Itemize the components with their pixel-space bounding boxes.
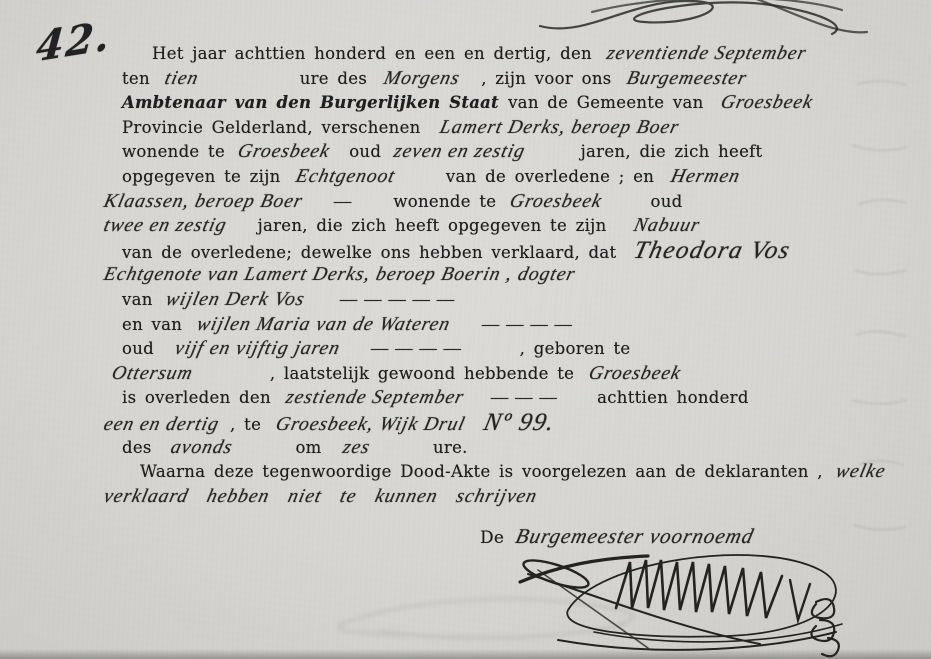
printed-text: wonende te (122, 142, 225, 161)
printed-text: ure. (433, 438, 468, 457)
handwritten-text: zes (340, 436, 373, 461)
document-line: van wijlen Derk Vos — — — — — (122, 288, 864, 313)
handwritten-text: — — — — (369, 337, 466, 362)
handwritten-text: Echtgenoot (293, 165, 397, 190)
document-line: Ottersum , laatstelijk gewoond hebbende … (112, 362, 864, 387)
printed-text: des (122, 438, 152, 457)
handwritten-text: Echtgenote van Lamert Derks, beroep Boer… (101, 263, 578, 288)
handwritten-text: — (331, 190, 355, 215)
document-line: oud vijf en vijftig jaren — — — — , gebo… (122, 337, 864, 362)
document-line: een en dertig , te Groesbeek, Wijk Drul … (104, 411, 864, 436)
record-number: 42. (34, 11, 113, 71)
signature-scrawl-icon (498, 536, 864, 658)
death-certificate-scan: 42. Het jaar achttien honderd en een en … (0, 0, 931, 659)
printed-text: oud (122, 339, 154, 358)
handwritten-text: Groesbeek (718, 91, 815, 116)
handwritten-text: Nabuur (631, 214, 702, 239)
printed-text: Ambtenaar van den Burgerlijken Staat (122, 93, 499, 112)
printed-text: om (295, 438, 321, 457)
document-line: wonende te Groesbeek oud zeven en zestig… (122, 140, 864, 165)
printed-text: van de Gemeente van (508, 93, 703, 112)
handwritten-text: Hermen (669, 165, 744, 190)
handwritten-text: — — — — (479, 313, 576, 338)
handwritten-text: Morgens (382, 67, 463, 92)
printed-text: opgegeven te zijn (122, 167, 281, 186)
handwritten-text: twee en zestig (101, 214, 229, 239)
handwritten-text: zestiende September (283, 386, 466, 411)
handwritten-text: welke (833, 460, 888, 485)
handwritten-text: zeventiende September (604, 42, 809, 67)
printed-text: ten (122, 69, 150, 88)
handwritten-text: tien (162, 67, 201, 92)
printed-text: oud (349, 142, 381, 161)
handwritten-text: Theodora Vos (631, 239, 793, 264)
document-line: twee en zestig jaren, die zich heeft opg… (104, 214, 864, 239)
printed-text: wonende te (393, 192, 496, 211)
document-line: des avonds om zes ure. (122, 436, 864, 461)
document-line: Echtgenote van Lamert Derks, beroep Boer… (104, 263, 864, 288)
document-line: Het jaar achttien honderd en een en dert… (152, 42, 864, 67)
document-line: Ambtenaar van den Burgerlijken Staat van… (122, 91, 864, 116)
document-line: Provincie Gelderland, verschenen Lamert … (122, 116, 864, 141)
document-line: ten tien ure des Morgens , zijn voor ons… (122, 67, 864, 92)
printed-text: van de overledene ; en (446, 167, 654, 186)
printed-text: Waarna deze tegenwoordige Dood-Akte is v… (140, 462, 823, 481)
printed-text: Provincie Gelderland, verschenen (122, 118, 421, 137)
handwritten-text: wijlen Maria van de Wateren (195, 313, 454, 338)
handwritten-text: — — — (488, 386, 560, 411)
printed-text: jaren, die zich heeft opgegeven te zijn (258, 216, 607, 235)
handwritten-text: Groesbeek (235, 140, 332, 165)
printed-text: Het jaar achttien honderd en een en dert… (152, 44, 592, 63)
document-body: Het jaar achttien honderd en een en dert… (122, 42, 864, 509)
printed-text: jaren, die zich heeft (581, 142, 763, 161)
handwritten-text: Groesbeek, Wijk Drul (274, 413, 468, 438)
handwritten-text: Nº 99. (482, 411, 559, 436)
document-line: Waarna deze tegenwoordige Dood-Akte is v… (140, 460, 864, 485)
handwritten-text: Klaassen, beroep Boer (101, 190, 305, 215)
handwritten-text: wijlen Derk Vos (163, 288, 307, 313)
pen-flourish-icon (532, 0, 872, 48)
handwritten-text: vijf en vijftig jaren (172, 337, 343, 362)
handwritten-text: Groesbeek (587, 362, 684, 387)
handwritten-text: Lamert Derks, beroep Boer (437, 116, 681, 141)
handwritten-text: zeven en zestig (392, 140, 529, 165)
handwritten-text: — — — — — (337, 288, 458, 313)
handwritten-text: Burgemeester (624, 67, 749, 92)
printed-text: , zijn voor ons (481, 69, 611, 88)
printed-text: is overleden den (122, 388, 271, 407)
printed-text: , geboren te (520, 339, 631, 358)
handwritten-text: Groesbeek (507, 190, 604, 215)
document-line: verklaard hebben niet te kunnen schrijve… (104, 485, 864, 510)
document-line: opgegeven te zijn Echtgenoot van de over… (122, 165, 864, 190)
printed-text: en van (122, 315, 182, 334)
printed-text: , laatstelijk gewoond hebbende te (270, 364, 574, 383)
printed-text: van de overledene; dewelke ons hebben ve… (122, 243, 617, 262)
printed-text: , te (230, 415, 261, 434)
printed-text: ure des (300, 69, 367, 88)
document-line: Klaassen, beroep Boer — wonende te Groes… (104, 190, 864, 215)
handwritten-text: verklaard hebben niet te kunnen schrijve… (101, 485, 540, 510)
printed-text: van (122, 290, 153, 309)
printed-text: oud (651, 192, 683, 211)
handwritten-text: Ottersum (109, 362, 195, 387)
document-line: en van wijlen Maria van de Wateren — — —… (122, 313, 864, 338)
document-line: van de overledene; dewelke ons hebben ve… (122, 239, 864, 264)
handwritten-text: een en dertig (101, 413, 221, 438)
document-line: is overleden den zestiende September — —… (122, 386, 864, 411)
printed-text: achttien honderd (597, 388, 749, 407)
handwritten-text: avonds (168, 436, 235, 461)
